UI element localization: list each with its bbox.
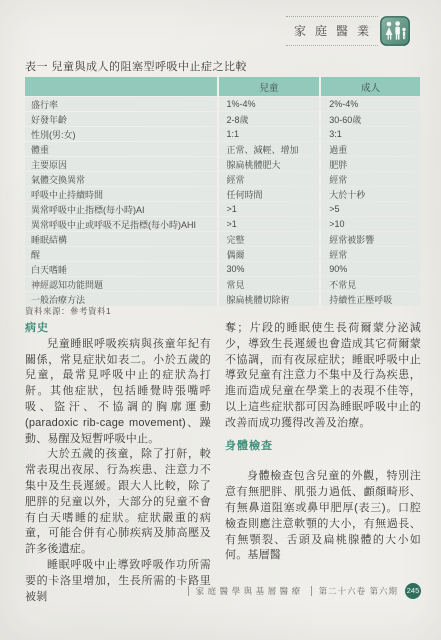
paragraph-history-2: 大於五歲的孩童，除了打鼾，較常表現出夜尿、行為疾患、注意力不集中及生長遲緩。跟大… [25,447,211,558]
child-value: >1 [219,202,322,216]
row-label: 異常呼吸中止指標(每小時)AI [25,202,219,216]
magazine-page: 家庭醫業 [0,0,441,640]
row-label: 盛行率 [25,97,219,111]
table-caption: 表一 兒童與成人的阻塞型呼吸中止症之比較 [25,58,247,74]
row-label: 性別(男:女) [25,127,219,141]
row-label: 睡眠結構 [25,232,219,246]
section-heading-history: 病史 [25,321,211,337]
table-row: 好發年齡 2-8歲 30-60歲 [25,112,420,126]
col-header-adults: 成人 [321,77,420,96]
child-value: 正常、減輕、增加 [219,142,322,156]
table-row: 性別(男:女) 1:1 3:1 [25,127,420,141]
page-number-badge: 245 [405,583,421,599]
child-value: 1%-4% [219,97,322,111]
table-row: 神經認知功能問題 常見 不常見 [25,277,420,291]
adult-value: 肥胖 [321,157,420,171]
child-value: 腺扁桃體切除術 [219,292,322,306]
family-icon [380,16,410,46]
table-row: 一般治療方法 腺扁桃體切除術 持續性正壓呼吸 [25,292,420,306]
row-label: 氣體交換異常 [25,172,219,186]
child-value: >1 [219,217,322,231]
child-value: 完整 [219,232,322,246]
col-header-children: 兒童 [219,77,322,96]
adult-value: 90% [321,262,420,276]
adult-value: >5 [321,202,420,216]
child-value: 經常 [219,172,322,186]
journal-title: 家庭醫學與基層醫療 [196,585,304,597]
table-row: 異常呼吸中止指標(每小時)AI >1 >5 [25,202,420,216]
right-column: 奪；片段的睡眠使生長荷爾蒙分泌減少，導致生長遲緩也會造成其它荷爾蒙不協調，而有夜… [225,321,421,605]
left-column: 病史 兒童睡眠呼吸疾病與孩童年紀有關係，常見症狀如表二。小於五歲的兒童，最常見呼… [25,321,211,605]
row-label: 好發年齡 [25,112,219,126]
child-value: 偶爾 [219,247,322,261]
article-body: 病史 兒童睡眠呼吸疾病與孩童年紀有關係，常見症狀如表二。小於五歲的兒童，最常見呼… [25,321,421,605]
comparison-table: 兒童 成人 盛行率 1%-4% 2%-4% 好發年齡 2-8歲 30-60歲 性… [25,76,420,307]
child-value: 常見 [219,277,322,291]
adult-value: 2%-4% [321,97,420,111]
row-label: 主要原因 [25,157,219,171]
row-label: 白天嗜睡 [25,262,219,276]
child-value: 30% [219,262,322,276]
paragraph-history-3-continued: 奪；片段的睡眠使生長荷爾蒙分泌減少，導致生長遲緩也會造成其它荷爾蒙不協調，而有夜… [225,321,421,432]
footer-divider [311,586,312,596]
child-value: 1:1 [219,127,322,141]
row-label: 體重 [25,142,219,156]
table-row: 醒 偶爾 經常 [25,247,420,261]
table-row: 異常呼吸中止或呼吸不足指標(每小時)AHI >1 >10 [25,217,420,231]
child-value: 腺扁桃體肥大 [219,157,322,171]
adult-value: >10 [321,217,420,231]
source-note: 資料來源：參考資料1 [25,305,111,317]
table-header-row: 兒童 成人 [25,77,420,96]
adult-value: 不常見 [321,277,420,291]
table-row: 呼吸中止持續時間 任何時間 大於十秒 [25,187,420,201]
table-row: 睡眠結構 完整 經常被影響 [25,232,420,246]
corner-cell [25,77,219,96]
adult-value: 大於十秒 [321,187,420,201]
row-label: 異常呼吸中止或呼吸不足指標(每小時)AHI [25,217,219,231]
issue-label: 第二十六卷 第六期 [319,585,398,597]
adult-value: 經常被影響 [321,232,420,246]
table-row: 白天嗜睡 30% 90% [25,262,420,276]
adult-value: 持續性正壓呼吸 [321,292,420,306]
page-footer: 家庭醫學與基層醫療 第二十六卷 第六期 245 [181,583,421,599]
page-header: 家庭醫業 [286,16,410,46]
masthead-band: 家庭醫業 [286,16,378,46]
row-label: 呼吸中止持續時間 [25,187,219,201]
row-label: 醒 [25,247,219,261]
table-row: 體重 正常、減輕、增加 過重 [25,142,420,156]
child-value: 2-8歲 [219,112,322,126]
section-title: 家庭醫業 [294,24,378,38]
footer-divider [188,586,189,596]
row-label: 神經認知功能問題 [25,277,219,291]
row-label: 一般治療方法 [25,292,219,306]
table-row: 氣體交換異常 經常 經常 [25,172,420,186]
adult-value: 30-60歲 [321,112,420,126]
paragraph-exam-1: 身體檢查包含兒童的外觀，特別注意有無肥胖、肌張力過低、顱顏畸形、有無鼻道阻塞或鼻… [225,469,421,564]
table-row: 盛行率 1%-4% 2%-4% [25,97,420,111]
section-heading-exam: 身體檢查 [225,439,421,455]
table-row: 主要原因 腺扁桃體肥大 肥胖 [25,157,420,171]
adult-value: 3:1 [321,127,420,141]
adult-value: 經常 [321,172,420,186]
adult-value: 經常 [321,247,420,261]
child-value: 任何時間 [219,187,322,201]
adult-value: 過重 [321,142,420,156]
paragraph-history-1: 兒童睡眠呼吸疾病與孩童年紀有關係，常見症狀如表二。小於五歲的兒童，最常見呼吸中止… [25,337,211,448]
